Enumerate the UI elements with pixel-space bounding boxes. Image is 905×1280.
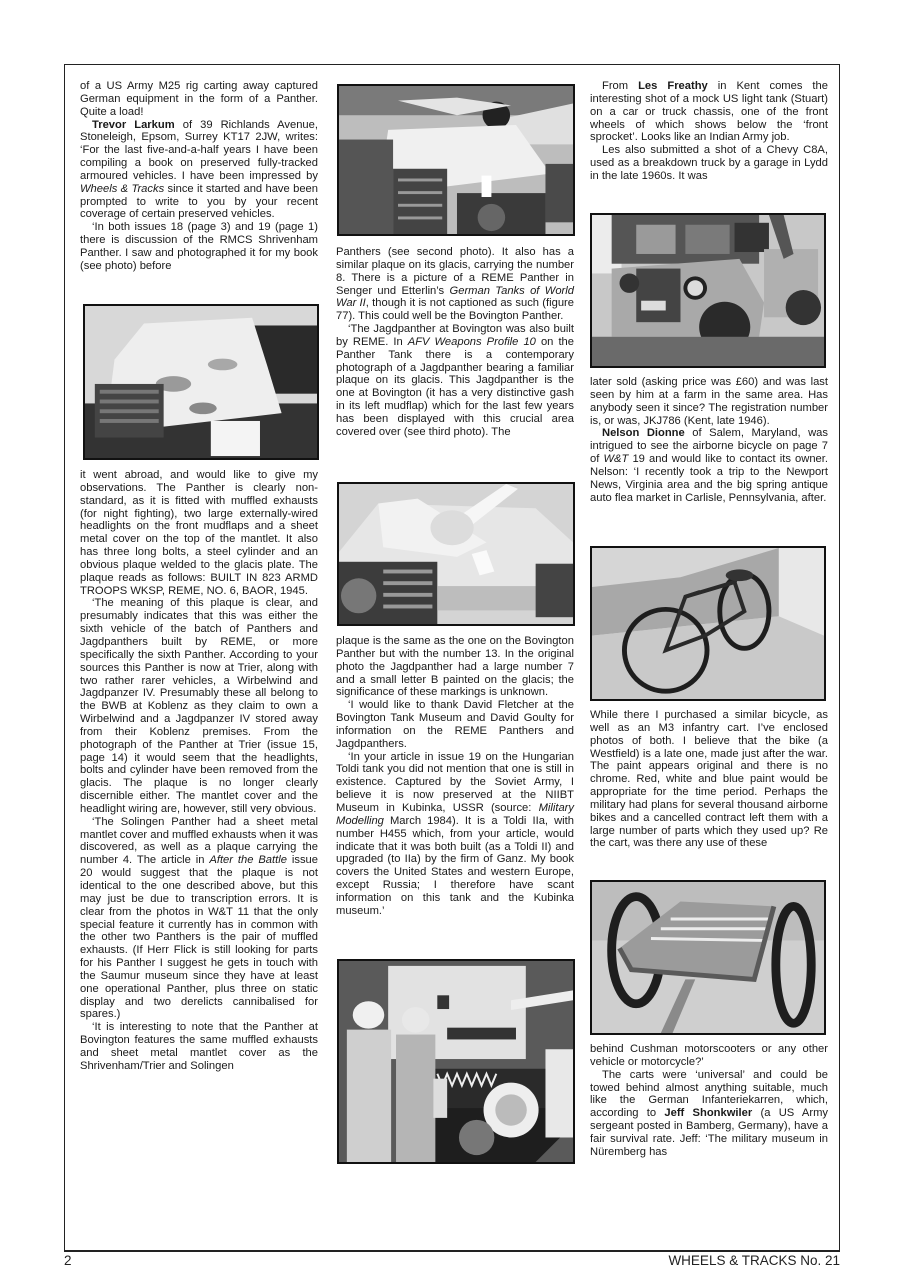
paragraph: it went abroad, and would like to give m… [80,469,318,597]
paragraph: behind Cushman motorscooters or any othe… [590,1043,828,1069]
paragraph-shonkwiler: The carts were ‘universal’ and could be … [590,1069,828,1159]
paragraph: Panthers (see second photo). It also has… [336,246,574,323]
author-name: Jeff Shonkwiler [664,1107,752,1119]
chevy-c8a-truck-photo [590,213,826,368]
page-number: 2 [64,1253,72,1268]
text: From [602,80,638,92]
column-3-section-3: While there I purchased a similar bicycl… [590,709,828,850]
paragraph: ‘In both issues 18 (page 3) and 19 (page… [80,221,318,272]
cart-image-icon [592,882,824,1033]
paragraph: ‘The meaning of this plaque is clear, an… [80,597,318,815]
shrivenham-panther-photo [83,304,319,460]
westfield-bicycle-photo [590,546,826,701]
column-3-section-2: later sold (asking price was £60) and wa… [590,376,828,504]
author-name: Les Freathy [638,80,708,92]
author-name: Nelson Dionne [602,427,685,439]
paragraph-larkum-intro: Trevor Larkum of 39 Richlands Avenue, St… [80,119,318,222]
paragraph-freathy: From Les Freathy in Kent comes the inter… [590,80,828,144]
publication-title: W&T [603,453,628,465]
column-3: From Les Freathy in Kent comes the inter… [590,80,828,183]
tank-image-icon [339,86,573,234]
tank-image-icon [339,484,573,624]
column-1: of a US Army M25 rig carting away captur… [80,80,318,273]
tank-image-icon [85,306,317,458]
column-3-section-4: behind Cushman motorscooters or any othe… [590,1043,828,1159]
paragraph: ‘I would like to thank David Fletcher at… [336,699,574,750]
mock-stuart-tank-photo [337,959,575,1164]
text: on the Panther Tank there is a contempor… [336,336,574,438]
bovington-jagdpanther-photo [337,482,575,626]
bicycle-image-icon [592,548,824,699]
paragraph: ‘In your article in issue 19 on the Hung… [336,751,574,918]
text: March 1984). It is a Toldi IIa, with num… [336,815,574,917]
tank-image-icon [339,961,573,1162]
publication-title: AFV Weapons Profile 10 [408,336,536,348]
text: , though it is not captioned as such (fi… [336,297,574,322]
author-name: Trevor Larkum [92,119,175,131]
column-2: Panthers (see second photo). It also has… [336,246,574,439]
paragraph-dionne: Nelson Dionne of Salem, Maryland, was in… [590,427,828,504]
paragraph: plaque is the same as the one on the Bov… [336,635,574,699]
paragraph: Les also submitted a shot of a Chevy C8A… [590,144,828,183]
column-2-continued: plaque is the same as the one on the Bov… [336,635,574,918]
publication-title: Wheels & Tracks [80,183,164,195]
paragraph: of a US Army M25 rig carting away captur… [80,80,318,119]
truck-image-icon [592,215,824,366]
column-1-continued: it went abroad, and would like to give m… [80,469,318,1073]
paragraph: later sold (asking price was £60) and wa… [590,376,828,427]
text: issue 20 would suggest that the plaque i… [80,854,318,1020]
paragraph: While there I purchased a similar bicycl… [590,709,828,850]
bovington-panther-photo [337,84,575,236]
paragraph: ‘It is interesting to note that the Pant… [80,1021,318,1072]
publication-footer: WHEELS & TRACKS No. 21 [668,1253,840,1268]
publication-title: After the Battle [209,854,287,866]
m3-infantry-cart-photo [590,880,826,1035]
paragraph: ‘The Jagdpanther at Bovington was also b… [336,323,574,439]
paragraph: ‘The Solingen Panther had a sheet metal … [80,816,318,1022]
